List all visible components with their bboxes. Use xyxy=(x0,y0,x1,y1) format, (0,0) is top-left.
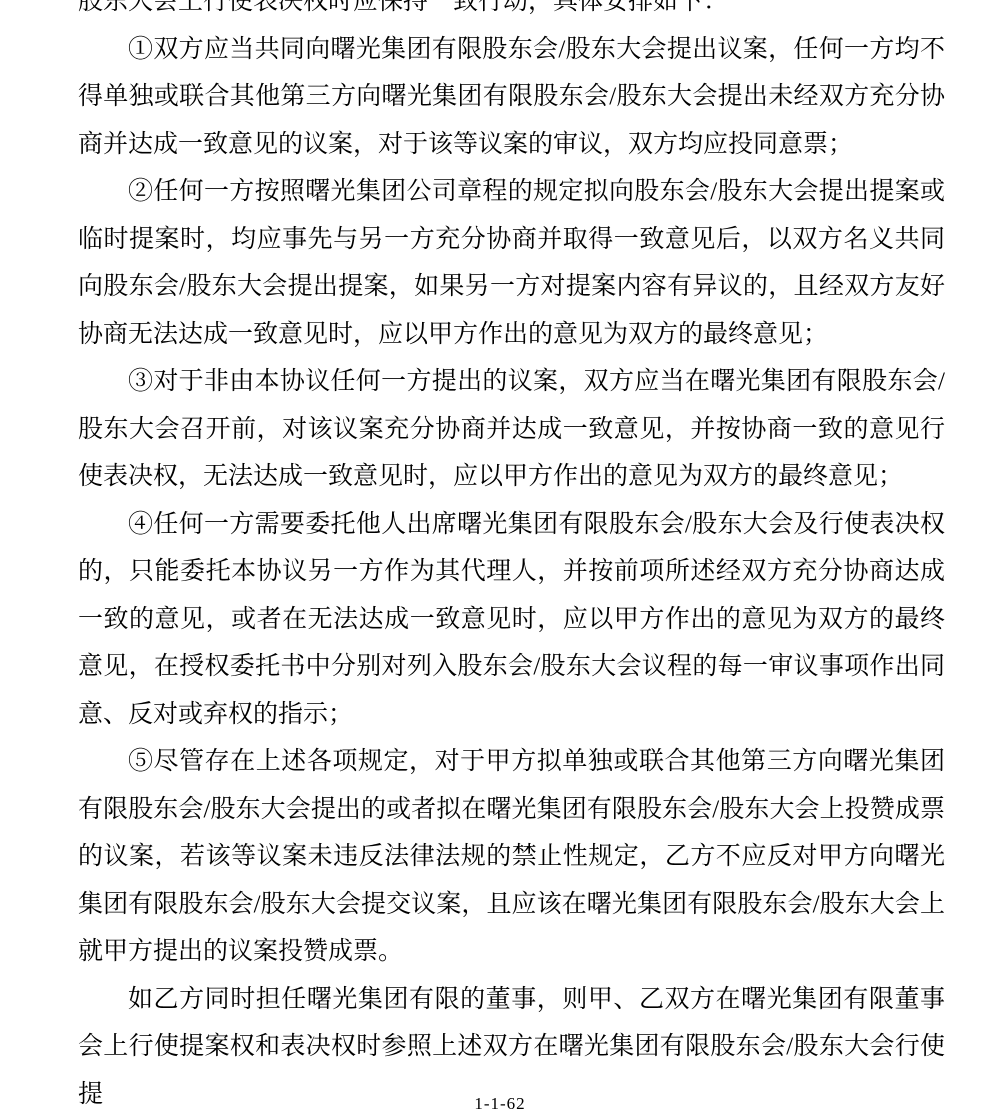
paragraph: 如乙方同时担任曙光集团有限的董事，则甲、乙双方在曙光集团有限董事会上行使提案权和… xyxy=(78,976,945,1110)
document-page: 股东大会上行使表决权时应保持一致行动，具体安排如下：①双方应当共同向曙光集团有限… xyxy=(0,0,1000,1110)
paragraph: ⑤尽管存在上述各项规定，对于甲方拟单独或联合其他第三方向曙光集团有限股东会/股东… xyxy=(78,738,945,976)
paragraph: ③对于非由本协议任何一方提出的议案，双方应当在曙光集团有限股东会/股东大会召开前… xyxy=(78,358,945,501)
page-number: 1-1-62 xyxy=(0,1094,1000,1110)
paragraph: ②任何一方按照曙光集团公司章程的规定拟向股东会/股东大会提出提案或临时提案时，均… xyxy=(78,168,945,358)
paragraph: ①双方应当共同向曙光集团有限股东会/股东大会提出议案，任何一方均不得单独或联合其… xyxy=(78,26,945,169)
paragraph: 股东大会上行使表决权时应保持一致行动，具体安排如下： xyxy=(78,0,945,26)
paragraph: ④任何一方需要委托他人出席曙光集团有限股东会/股东大会及行使表决权的，只能委托本… xyxy=(78,501,945,739)
body-text: 股东大会上行使表决权时应保持一致行动，具体安排如下：①双方应当共同向曙光集团有限… xyxy=(78,0,945,1110)
